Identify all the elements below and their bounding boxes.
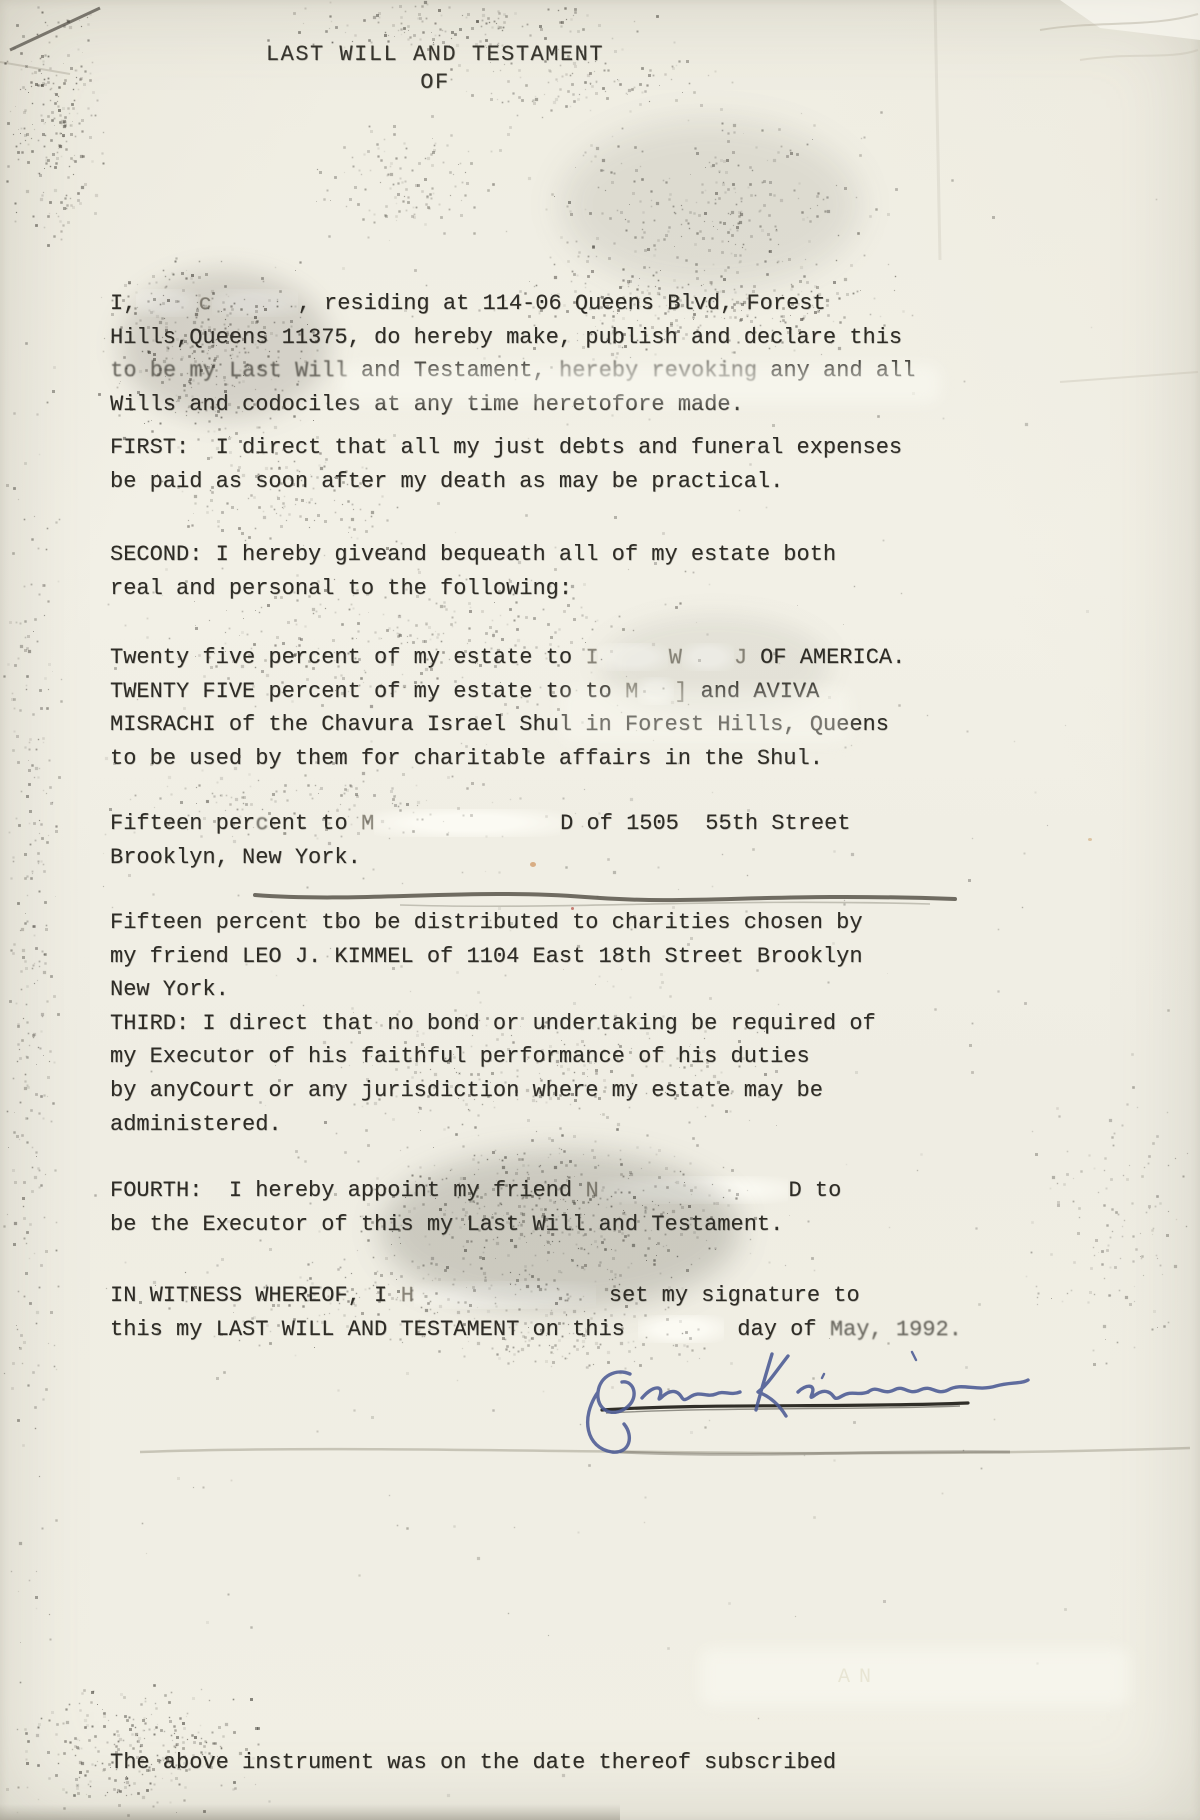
document-line: I,c, residing at 114-06 Queens Blvd, For…: [110, 287, 1130, 321]
erased-text-remnant: AN: [838, 1666, 880, 1689]
document-line: my friend LEO J. KIMMEL of 1104 East 18t…: [110, 940, 1130, 974]
document-line: Fifteen percent to MD of 1505 55th Stree…: [110, 807, 1130, 841]
scan-speckle-cloud: [520, 105, 521, 106]
text-segment: Twenty five percent of my estate to: [110, 645, 585, 670]
text-segment: H: [400, 1283, 413, 1308]
document-line: my Executor of his faithful performance …: [110, 1040, 1130, 1074]
text-segment: to be my Last Will: [110, 358, 348, 383]
paragraph-witness-clause: IN WITNESS WHEREOF, I H set my signature…: [110, 1279, 1130, 1346]
document-line: by anyCourt or any jurisdiction where my…: [110, 1074, 1130, 1108]
paragraph-opening-declaration: I,c, residing at 114-06 Queens Blvd, For…: [110, 287, 1130, 421]
redacted-gap: [212, 289, 298, 317]
vertical-fold-shadow: [935, 0, 940, 260]
document-line: be the Executor of this my Last Will and…: [110, 1208, 1130, 1242]
text-segment: FIRST: I direct that all my just debts a…: [110, 435, 902, 460]
paragraph-first-clause: FIRST: I direct that all my just debts a…: [110, 431, 1130, 498]
text-segment: M: [361, 811, 374, 836]
redacted-gap: [598, 643, 668, 671]
top-left-fold-crease: [10, 8, 100, 50]
horizontal-tear-line: [255, 894, 955, 900]
document-line: real and personal to the following:: [110, 572, 1130, 606]
text-segment: MISRACHI of the Chavura Israel Shul in F…: [110, 712, 889, 737]
text-segment: Brooklyn, New York.: [110, 845, 361, 870]
text-segment: Hills,Queens 11375, do hereby make, publ…: [110, 325, 902, 350]
text-segment: May, 1992.: [830, 1317, 962, 1342]
text-segment: W: [668, 645, 681, 670]
document-line: be paid as soon after my death as may be…: [110, 465, 1130, 499]
redacted-gap: [414, 1281, 596, 1309]
text-segment: D to: [788, 1178, 841, 1203]
text-segment: J: [734, 645, 747, 670]
scan-speckle-cloud: [0, 0, 1, 1]
text-segment: my Executor of his faithful performance …: [110, 1044, 810, 1069]
document-title: LAST WILL AND TESTAMENT: [170, 41, 700, 69]
text-segment: I: [585, 645, 598, 670]
document-line: TWENTY FIVE percent of my estate to to M…: [110, 675, 1130, 709]
signature-block: [560, 1340, 1030, 1480]
redacted-gap: [136, 289, 198, 317]
document-line: MISRACHI of the Chavura Israel Shul in F…: [110, 708, 1130, 742]
document-line: Hills,Queens 11375, do hereby make, publ…: [110, 321, 1130, 355]
scan-speckle-cloud: [250, 0, 251, 1]
document-line: THIRD: I direct that no bond or undertak…: [110, 1007, 1130, 1041]
paragraph-second-clause: SECOND: I hereby giveand bequeath all of…: [110, 538, 1130, 605]
top-right-crease-2: [1080, 50, 1198, 60]
document-title-block: LAST WILL AND TESTAMENT OF: [170, 41, 700, 97]
paragraph-bequest-fifteen-percent-charities-and-third-clause: Fifteen percent tbo be distributed to ch…: [110, 906, 1130, 1141]
text-segment: day of: [724, 1317, 830, 1342]
paragraph-fourth-clause: FOURTH: I hereby appoint my friend ND to…: [110, 1174, 1130, 1241]
text-segment: Wills and codociles at any time heretofo…: [110, 392, 744, 417]
document-line: New York.: [110, 973, 1130, 1007]
text-segment: real and personal to the following:: [110, 576, 572, 601]
text-segment: to be used by them for charitable affair…: [110, 746, 823, 771]
text-segment: OF AMERICA.: [747, 645, 905, 670]
paragraph-bequest-fifteen-percent-brooklyn: Fifteen percent to MD of 1505 55th Stree…: [110, 807, 1130, 874]
white-out-patch: [700, 1648, 1130, 1706]
scan-speckle-cloud: [95, 1255, 96, 1256]
scan-speckle-cloud: [300, 120, 301, 121]
document-line: Fifteen percent tbo be distributed to ch…: [110, 906, 1130, 940]
text-segment: I,: [110, 291, 136, 316]
document-line: FIRST: I direct that all my just debts a…: [110, 431, 1130, 465]
document-line: Twenty five percent of my estate to IWJ …: [110, 641, 1130, 675]
text-segment: THIRD: I direct that no bond or undertak…: [110, 1011, 876, 1036]
text-segment: my friend LEO J. KIMMEL of 1104 East 18t…: [110, 944, 863, 969]
text-segment: hereby revoking: [559, 358, 757, 383]
document-line: to be used by them for charitable affair…: [110, 742, 1130, 776]
document-line: administered.: [110, 1108, 1130, 1142]
redacted-gap: [682, 643, 734, 671]
scan-speckle-cloud: [95, 250, 96, 251]
text-segment: Fifteen percent tbo be distributed to ch…: [110, 910, 863, 935]
scan-speckle-cloud: [0, 0, 1, 1]
document-line: IN WITNESS WHEREOF, I H set my signature…: [110, 1279, 1130, 1313]
text-segment: IN WITNESS WHEREOF, I: [110, 1283, 400, 1308]
redacted-gap: [638, 677, 674, 705]
top-right-crease: [1040, 14, 1198, 30]
text-segment: FOURTH: I hereby appoint my friend: [110, 1178, 585, 1203]
text-segment: New York.: [110, 977, 229, 1002]
text-segment: The above instrument was on the date the…: [110, 1750, 836, 1775]
document-line: to be my Last Will and Testament, hereby…: [110, 354, 1130, 388]
text-segment: c: [255, 811, 268, 836]
text-segment: Fifteen per: [110, 811, 255, 836]
text-segment: and Testament,: [348, 358, 559, 383]
redacted-gap: [374, 809, 560, 837]
text-segment: by anyCourt or any jurisdiction where my…: [110, 1078, 823, 1103]
crumpled-corner-highlight: [1060, 0, 1200, 40]
document-line: The above instrument was on the date the…: [110, 1746, 1130, 1780]
scan-bottom-edge-shadow: [0, 1804, 620, 1820]
redacted-gap: [598, 1176, 788, 1204]
document-line: Brooklyn, New York.: [110, 841, 1130, 875]
text-segment: ]: [674, 679, 687, 704]
scan-speckle-cloud: [95, 755, 96, 756]
paragraph-bequest-twenty-five-percent: Twenty five percent of my estate to IWJ …: [110, 641, 1130, 775]
text-segment: any and all: [757, 358, 915, 383]
text-segment: c: [198, 291, 211, 316]
text-segment: administered.: [110, 1112, 282, 1137]
scan-speckle-cloud: [460, 250, 461, 251]
text-segment: N: [585, 1178, 598, 1203]
text-segment: be the Executor of this my Last Will and…: [110, 1212, 783, 1237]
scan-speckle-cloud: [95, 555, 96, 556]
paragraph-attestation-opening: The above instrument was on the date the…: [110, 1746, 1130, 1780]
document-line: SECOND: I hereby giveand bequeath all of…: [110, 538, 1130, 572]
scan-smudge-blob: [560, 120, 860, 290]
scan-speckle-cloud: [0, 1680, 1, 1681]
text-segment: set my signature to: [596, 1283, 860, 1308]
text-segment: ent to: [268, 811, 360, 836]
handwritten-signature: [560, 1340, 1030, 1480]
text-segment: M: [625, 679, 638, 704]
text-segment: be paid as soon after my death as may be…: [110, 469, 783, 494]
redacted-gap: [638, 1315, 724, 1343]
text-segment: D of 1505 55th Street: [560, 811, 850, 836]
document-title-of: OF: [170, 69, 700, 97]
text-segment: TWENTY FIVE percent of my estate to to: [110, 679, 625, 704]
text-segment: this my LAST WILL AND TESTAMENT on this: [110, 1317, 638, 1342]
scanned-will-document-page: LAST WILL AND TESTAMENT OF I,c, residing…: [0, 0, 1200, 1820]
top-left-fold-crease-2: [0, 62, 70, 74]
document-line: Wills and codociles at any time heretofo…: [110, 388, 1130, 422]
text-segment: and AVIVA: [687, 679, 819, 704]
text-segment: SECOND: I hereby giveand bequeath all of…: [110, 542, 836, 567]
scan-speckle-cloud: [0, 300, 1, 301]
document-line: FOURTH: I hereby appoint my friend ND to: [110, 1174, 1130, 1208]
text-segment: , residing at 114-06 Queens Blvd, Forest: [298, 291, 826, 316]
